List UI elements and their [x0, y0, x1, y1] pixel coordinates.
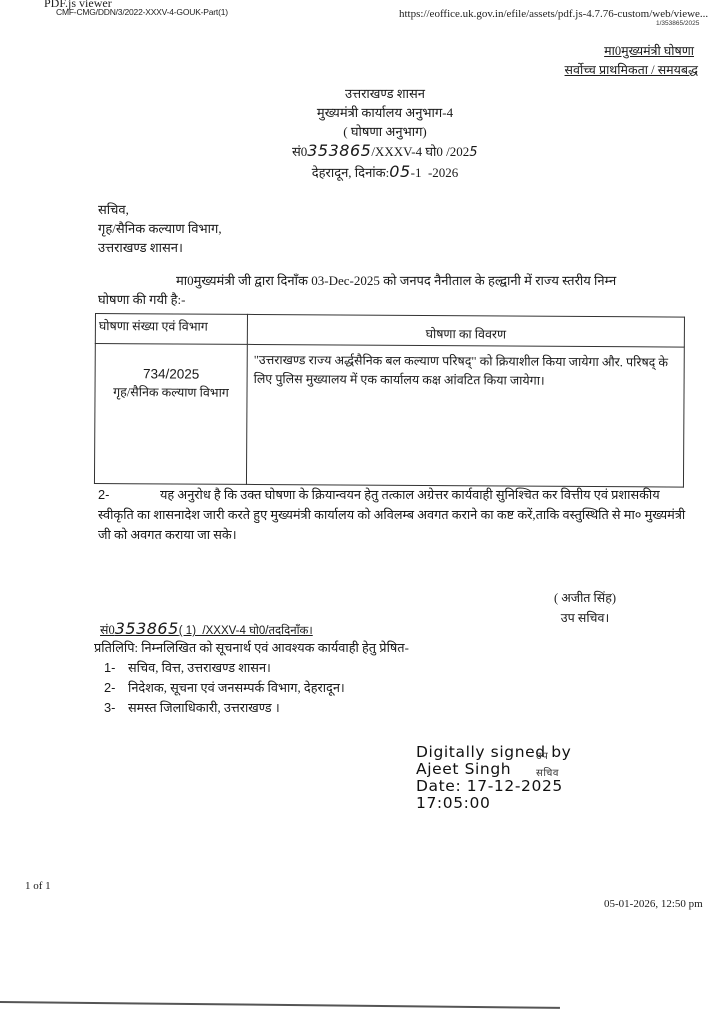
reference-number: सं0353865/XXXV-4 घो0 /2025	[250, 141, 520, 162]
list-item: 1-सचिव, वित्त, उत्तराखण्ड शासन।	[94, 658, 409, 678]
list-item: 2-निदेशक, सूचना एवं जनसम्पर्क विभाग, देह…	[94, 678, 409, 698]
place-date: देहरादून, दिनांक:05-1 -2026	[250, 162, 520, 182]
section-name: ( घोषणा अनुभाग)	[250, 122, 520, 141]
print-timestamp: 05-01-2026, 12:50 pm	[604, 898, 703, 910]
request-text: यह अनुरोध है कि उक्त घोषणा के क्रियान्वय…	[98, 488, 685, 542]
intro-paragraph: मा0मुख्यमंत्री जी द्वारा दिनाँक 03-Dec-2…	[98, 271, 678, 309]
header-description: घोषणा का विवरण	[247, 314, 684, 347]
announcement-table: घोषणा संख्या एवं विभाग घोषणा का विवरण 73…	[94, 313, 685, 488]
paragraph-number: 2-	[98, 485, 160, 505]
print-url: https://eoffice.uk.gov.in/efile/assets/p…	[399, 8, 708, 20]
office-name: मुख्यमंत्री कार्यालय अनुभाग-4	[250, 103, 520, 122]
copy-reference-number: सं0353865( 1) /XXXV-4 घो0/तददिनाँक।	[100, 619, 313, 638]
letterhead: उत्तराखण्ड शासन मुख्यमंत्री कार्यालय अनु…	[250, 84, 520, 182]
distribution-intro: प्रतिलिपि: निम्नलिखित को सूचनार्थ एवं आव…	[94, 638, 409, 658]
header-number-department: घोषणा संख्या एवं विभाग	[95, 314, 247, 345]
page-count: 1 of 1	[25, 880, 51, 892]
file-reference: CMF-CMG/DDN/3/2022-XXXV-4-GOUK-Part(1)	[56, 7, 228, 17]
announcement-category: मा0मुख्यमंत्री घोषणा	[604, 42, 694, 59]
addressee: सचिव, गृह/सैनिक कल्याण विभाग, उत्तराखण्ड…	[98, 200, 222, 257]
signatory-designation: उप सचिव।	[535, 608, 635, 628]
announcement-number: 734/2025	[97, 364, 246, 384]
handwritten-copy-number: 353865	[115, 619, 179, 638]
signature-block: ( अजीत सिंह) उप सचिव।	[535, 588, 635, 628]
announcement-number-cell: 734/2025 गृह/सैनिक कल्याण विभाग	[94, 344, 247, 485]
signatory-name: ( अजीत सिंह)	[535, 588, 635, 608]
designation-overlay: उप सचिव	[536, 748, 571, 782]
government-name: उत्तराखण्ड शासन	[250, 84, 520, 103]
document-id: 1/353865/2025	[656, 20, 699, 27]
table-header-row: घोषणा संख्या एवं विभाग घोषणा का विवरण	[95, 314, 684, 348]
announcement-description: "उत्तराखण्ड राज्य अर्द्धसैनिक बल कल्याण …	[246, 344, 684, 487]
priority-tag: सर्वोच्च प्राथमिकता / समयबद्ध	[565, 61, 698, 78]
announcement-department: गृह/सैनिक कल्याण विभाग	[113, 385, 229, 400]
digital-signature-stamp: Digitally signed by Ajeet Singh Date: 17…	[416, 744, 571, 812]
request-paragraph: 2-यह अनुरोध है कि उक्त घोषणा के क्रियान्…	[98, 485, 688, 545]
sign-time: 17:05:00	[416, 795, 571, 812]
handwritten-date: 05	[389, 162, 410, 181]
table-row: 734/2025 गृह/सैनिक कल्याण विभाग "उत्तराख…	[94, 344, 684, 488]
handwritten-ref-number: 353865	[307, 141, 371, 160]
scan-edge-divider	[0, 1001, 560, 1009]
distribution-list: प्रतिलिपि: निम्नलिखित को सूचनार्थ एवं आव…	[94, 638, 409, 718]
list-item: 3-समस्त जिलाधिकारी, उत्तराखण्ड ।	[94, 698, 409, 718]
